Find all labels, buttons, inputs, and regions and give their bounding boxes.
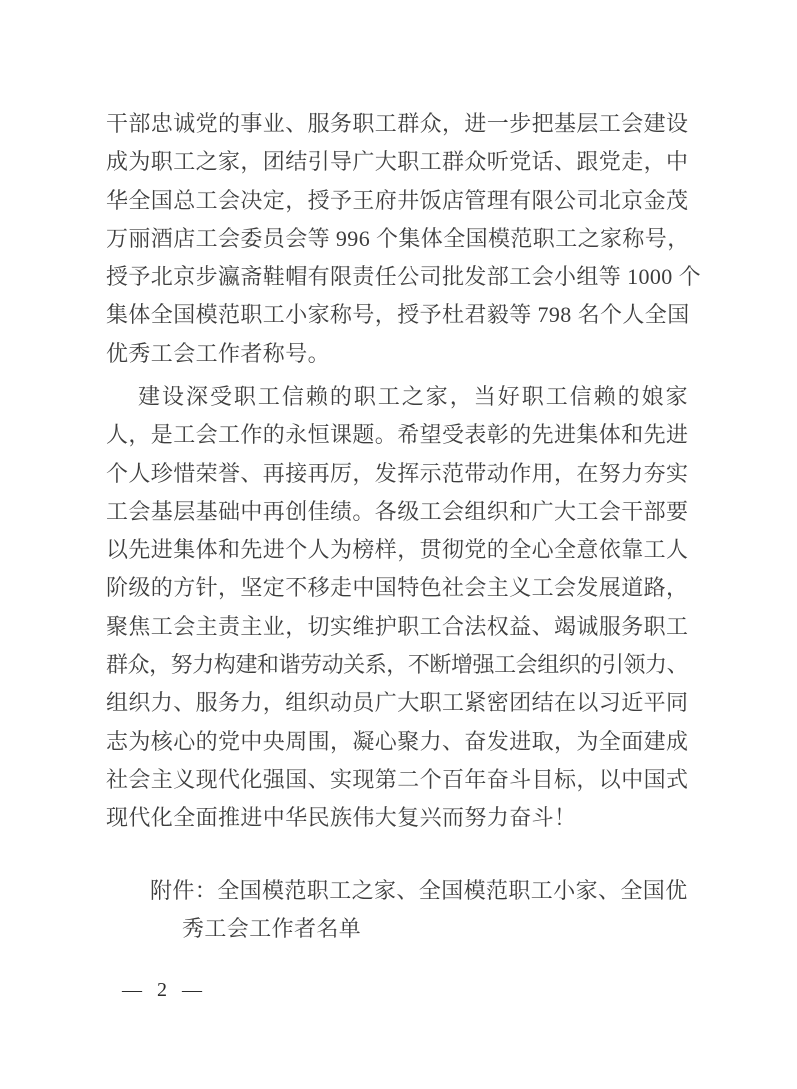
- document-page: 干部忠诚党的事业、服务职工群众，进一步把基层工会建设 成为职工之家，团结引导广大…: [0, 0, 797, 1089]
- text-line: 万丽酒店工会委员会等 996 个集体全国模范职工之家称号，: [106, 220, 688, 258]
- text-line: 干部忠诚党的事业、服务职工群众，进一步把基层工会建设: [106, 105, 688, 143]
- text-line: 授予北京步瀛斋鞋帽有限责任公司批发部工会小组等 1000 个: [106, 258, 688, 296]
- attachment-note: 附件：全国模范职工之家、全国模范职工小家、全国优 秀工会工作者名单: [106, 872, 706, 949]
- text-line: 志为核心的党中央周围，凝心聚力、奋发进取，为全面建成: [106, 723, 688, 761]
- text-line: 现代化全面推进中华民族伟大复兴而努力奋斗！: [106, 799, 688, 837]
- paragraph-1: 干部忠诚党的事业、服务职工群众，进一步把基层工会建设 成为职工之家，团结引导广大…: [106, 105, 688, 373]
- attachment-line: 秀工会工作者名单: [106, 910, 706, 948]
- text-line: 优秀工会工作者称号。: [106, 335, 688, 373]
- text-line: 以先进集体和先进个人为榜样，贯彻党的全心全意依靠工人: [106, 531, 688, 569]
- text-line: 群众，努力构建和谐劳动关系，不断增强工会组织的引领力、: [106, 646, 688, 684]
- text-line: 工会基层基础中再创佳绩。各级工会组织和广大工会干部要: [106, 493, 688, 531]
- paragraph-2: 建设深受职工信赖的职工之家，当好职工信赖的娘家 人，是工会工作的永恒课题。希望受…: [106, 378, 688, 838]
- text-line: 华全国总工会决定，授予王府井饭店管理有限公司北京金茂: [106, 182, 688, 220]
- text-line: 社会主义现代化强国、实现第二个百年奋斗目标，以中国式: [106, 761, 688, 799]
- text-line: 人，是工会工作的永恒课题。希望受表彰的先进集体和先进: [106, 416, 688, 454]
- text-line: 阶级的方针，坚定不移走中国特色社会主义工会发展道路，: [106, 569, 688, 607]
- text-line: 聚焦工会主责主业，切实维护职工合法权益、竭诚服务职工: [106, 608, 688, 646]
- text-line: 组织力、服务力，组织动员广大职工紧密团结在以习近平同: [106, 684, 688, 722]
- attachment-line: 附件：全国模范职工之家、全国模范职工小家、全国优: [106, 872, 706, 910]
- page-number: — 2 —: [122, 978, 205, 1002]
- text-line: 建设深受职工信赖的职工之家，当好职工信赖的娘家: [106, 378, 688, 416]
- text-line: 个人珍惜荣誉、再接再厉，发挥示范带动作用，在努力夯实: [106, 455, 688, 493]
- text-line: 集体全国模范职工小家称号，授予杜君毅等 798 名个人全国: [106, 296, 688, 334]
- text-line: 成为职工之家，团结引导广大职工群众听党话、跟党走，中: [106, 143, 688, 181]
